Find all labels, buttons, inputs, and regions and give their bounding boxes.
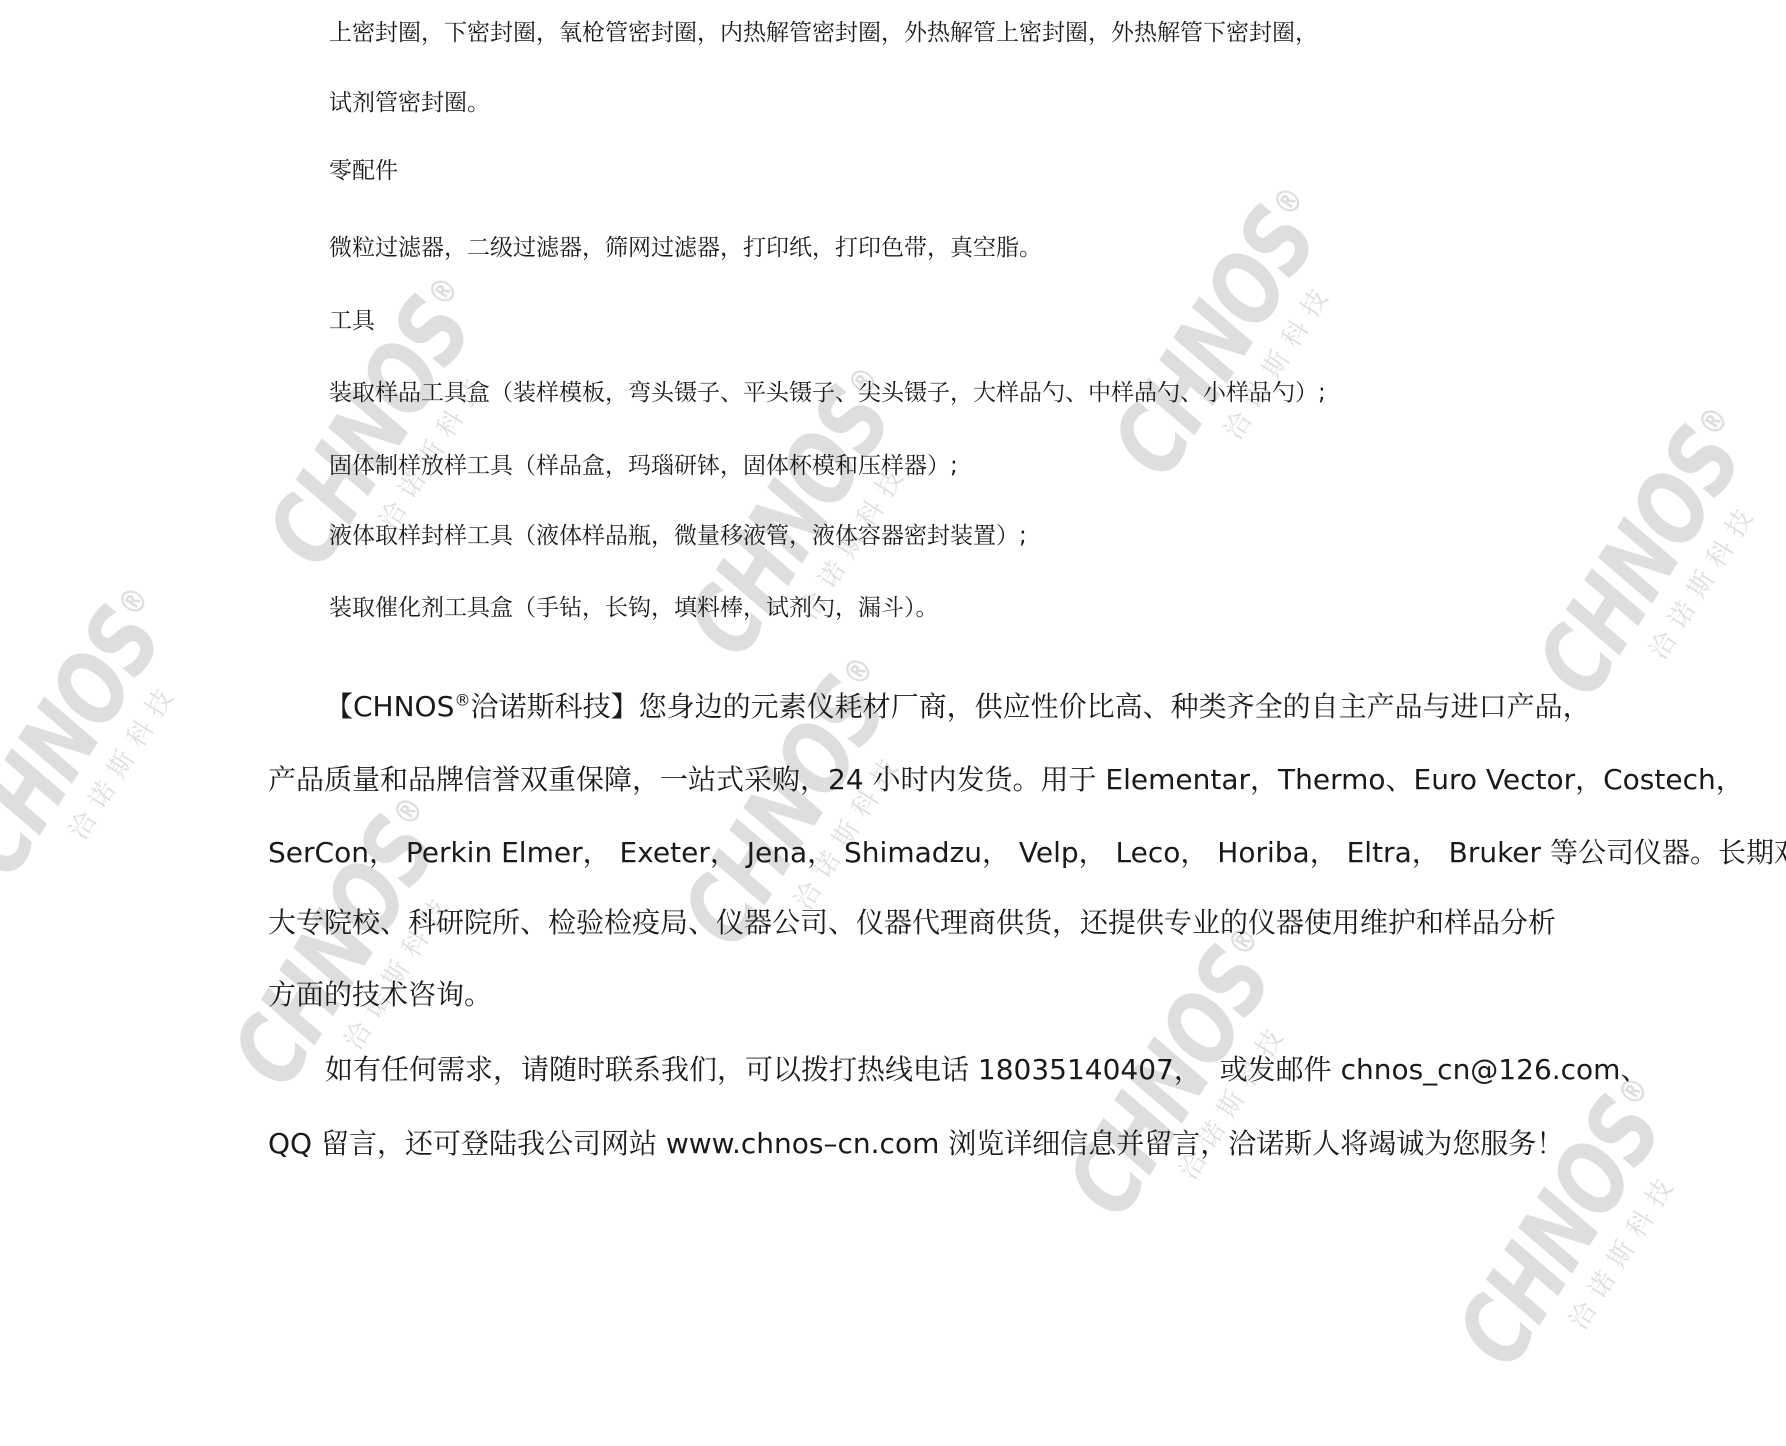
document-text-layer: 上密封圈，下密封圈，氧枪管密封圈，内热解管密封圈，外热解管上密封圈，外热解管下密… [0, 0, 1786, 1446]
text-line-2: 试剂管密封圈。 [329, 89, 490, 118]
text-line-7: 固体制样放样工具（样品盒，玛瑙研钵，固体杯模和压样器）; [329, 452, 958, 481]
text-line-14: 方面的技术咨询。 [268, 977, 492, 1012]
text-line-11: 产品质量和品牌信誉双重保障，一站式采购，24 小时内发货。用于 Elementa… [268, 762, 1744, 797]
text-line-9: 装取催化剂工具盒（手钻，长钩，填料棒，试剂勺，漏斗）。 [329, 594, 939, 623]
text-line-4: 微粒过滤器，二级过滤器，筛网过滤器，打印纸，打印色带，真空脂。 [329, 234, 1042, 263]
text-line-3: 零配件 [329, 157, 398, 186]
text-line-1: 上密封圈，下密封圈，氧枪管密封圈，内热解管密封圈，外热解管上密封圈，外热解管下密… [329, 19, 1318, 48]
text-line-10: 【CHNOS®洽诺斯科技】您身边的元素仪耗材厂商，供应性价比高、种类齐全的自主产… [325, 689, 1591, 724]
text-line-8: 液体取样封样工具（液体样品瓶，微量移液管，液体容器密封装置）; [329, 522, 1027, 551]
text-line-6: 装取样品工具盒（装样模板，弯头镊子、平头镊子、尖头镊子，大样品勺、中样品勺、小样… [329, 379, 1326, 408]
text-line-12: SerCon， Perkin Elmer， Exeter， Jena， Shim… [268, 835, 1786, 870]
document-page: CHNOS®洽诺斯科技CHNOS®洽诺斯科技CHNOS®洽诺斯科技CHNOS®洽… [0, 0, 1786, 1446]
text-segment: 【CHNOS [325, 690, 454, 723]
text-line-5: 工具 [329, 307, 375, 336]
text-line-13: 大专院校、科研院所、检验检疫局、仪器公司、仪器代理商供货，还提供专业的仪器使用维… [268, 905, 1556, 940]
registered-mark: ® [454, 691, 470, 710]
text-line-16: QQ 留言，还可登陆我公司网站 www.chnos–cn.com 浏览详细信息并… [268, 1126, 1564, 1161]
text-line-15: 如有任何需求，请随时联系我们，可以拨打热线电话 18035140407， 或发邮… [325, 1052, 1648, 1087]
text-segment: 洽诺斯科技】您身边的元素仪耗材厂商，供应性价比高、种类齐全的自主产品与进口产品， [471, 690, 1591, 723]
